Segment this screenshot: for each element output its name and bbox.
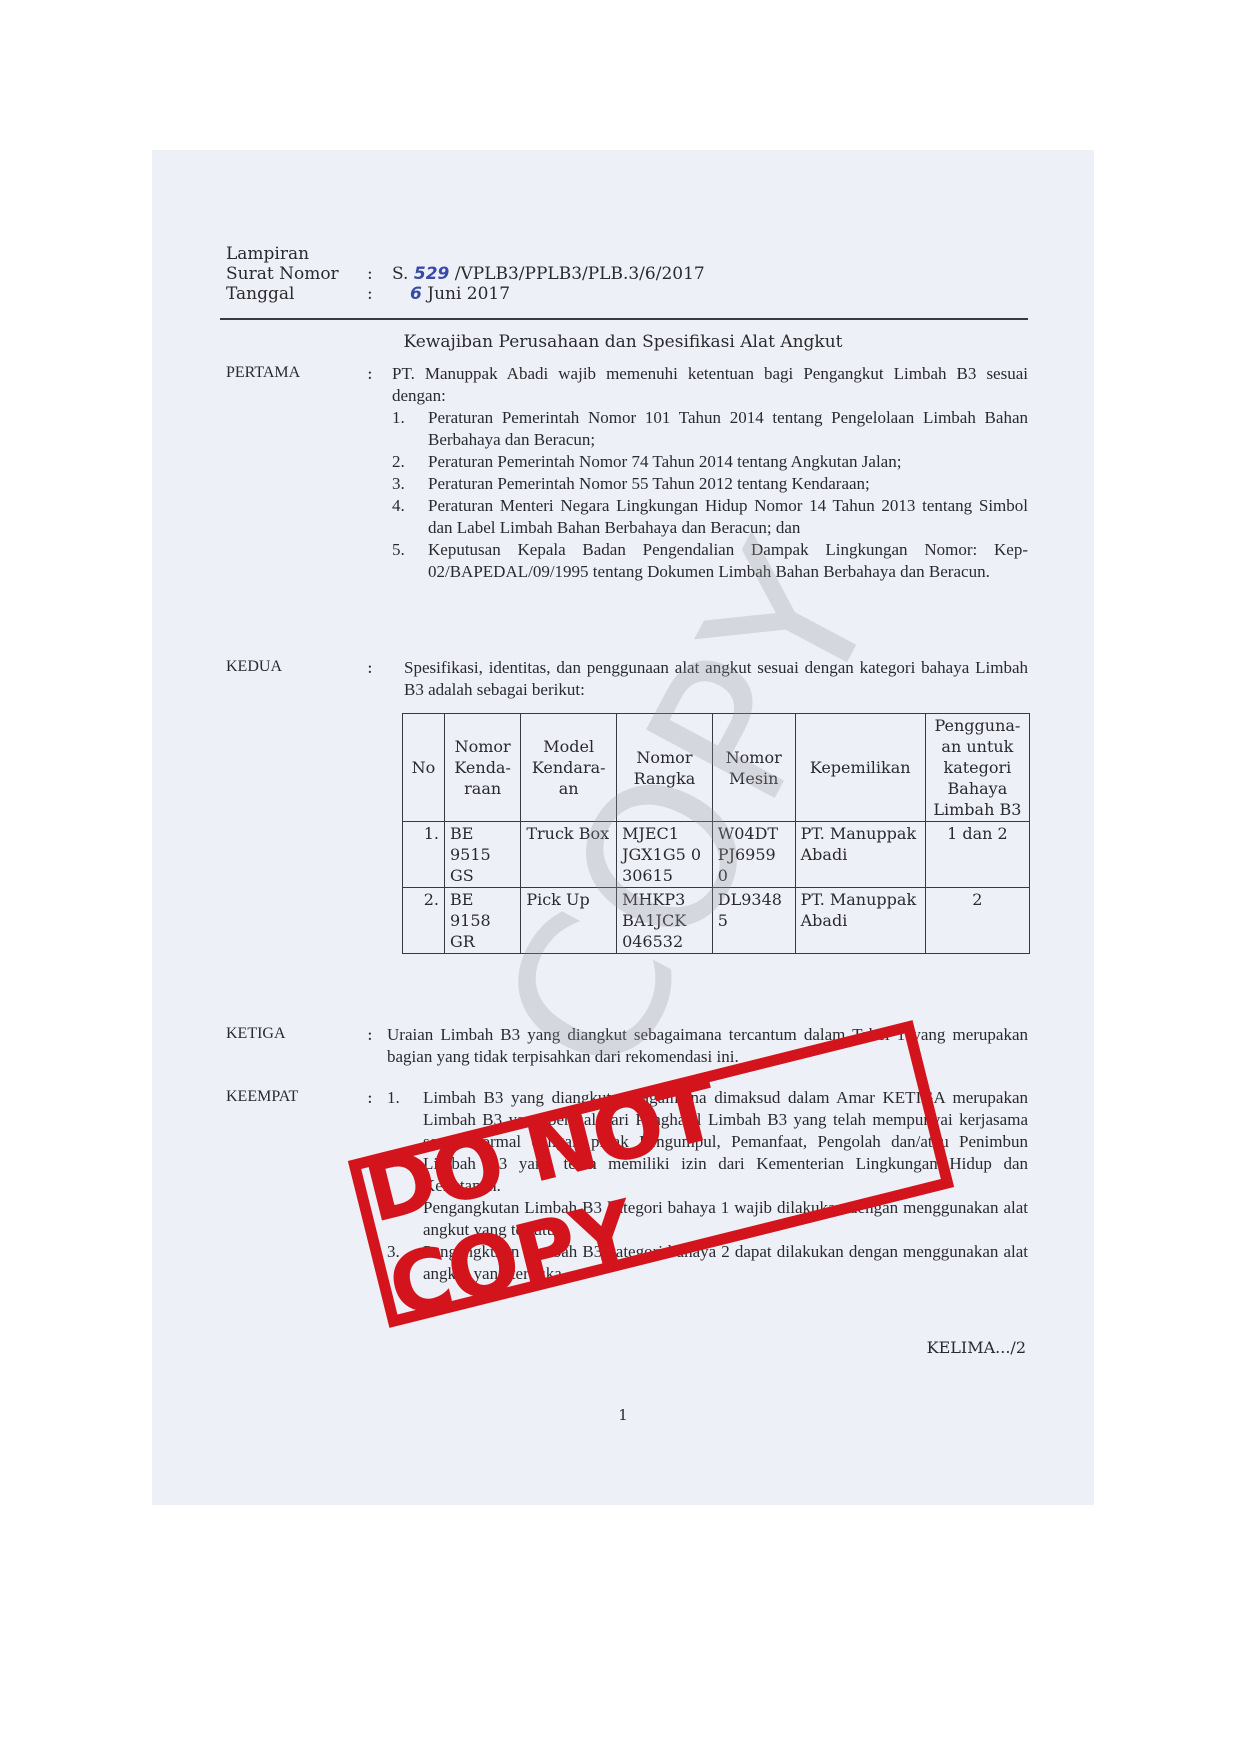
colon: : bbox=[367, 658, 373, 679]
regulation-list: 1.Peraturan Pemerintah Nomor 101 Tahun 2… bbox=[392, 407, 1028, 583]
col-penggunaan: Pengguna-an untuk kategori Bahaya Limbah… bbox=[925, 714, 1029, 822]
surat-nomor-label: Surat Nomor bbox=[226, 264, 339, 285]
tanggal-suffix: Juni 2017 bbox=[427, 284, 510, 304]
page-number: 1 bbox=[152, 1406, 1094, 1424]
colon: : bbox=[367, 284, 373, 305]
col-nomor-rangka: Nomor Rangka bbox=[617, 714, 713, 822]
surat-nomor-suffix: /VPLB3/PPLB3/PLB.3/6/2017 bbox=[455, 264, 705, 284]
colon: : bbox=[367, 1088, 373, 1109]
section-label-keempat: KEEMPAT bbox=[226, 1088, 298, 1106]
col-nomor-mesin: Nomor Mesin bbox=[712, 714, 795, 822]
colon: : bbox=[367, 264, 373, 285]
table-header-row: No Nomor Kenda-raan Model Kendara-an Nom… bbox=[403, 714, 1030, 822]
list-item: 1.Peraturan Pemerintah Nomor 101 Tahun 2… bbox=[392, 407, 1028, 451]
header-divider bbox=[220, 318, 1028, 320]
colon: : bbox=[367, 1025, 373, 1046]
section-label-pertama: PERTAMA bbox=[226, 364, 300, 382]
list-item: 2.Peraturan Pemerintah Nomor 74 Tahun 20… bbox=[392, 451, 1028, 473]
tanggal-value: 6 Juni 2017 bbox=[410, 283, 510, 305]
col-kepemilikan: Kepemilikan bbox=[795, 714, 925, 822]
col-model-kendaraan: Model Kendara-an bbox=[521, 714, 617, 822]
pertama-intro: PT. Manuppak Abadi wajib memenuhi ketent… bbox=[392, 363, 1028, 407]
col-nomor-kendaraan: Nomor Kenda-raan bbox=[444, 714, 520, 822]
surat-nomor-value: S. 529 /VPLB3/PPLB3/PLB.3/6/2017 bbox=[392, 263, 705, 285]
vehicle-spec-table: No Nomor Kenda-raan Model Kendara-an Nom… bbox=[402, 713, 1030, 954]
list-item: 4.Peraturan Menteri Negara Lingkungan Hi… bbox=[392, 495, 1028, 539]
handwritten-day: 6 bbox=[410, 284, 422, 304]
list-item: 3.Peraturan Pemerintah Nomor 55 Tahun 20… bbox=[392, 473, 1028, 495]
document-title: Kewajiban Perusahaan dan Spesifikasi Ala… bbox=[152, 332, 1094, 352]
surat-nomor-prefix: S. bbox=[392, 264, 408, 284]
list-item: 5.Keputusan Kepala Badan Pengendalian Da… bbox=[392, 539, 1028, 583]
scanned-document-page: Lampiran Surat Nomor Tanggal : : S. 529 … bbox=[152, 150, 1094, 1505]
section-label-kedua: KEDUA bbox=[226, 658, 282, 676]
lampiran-label: Lampiran bbox=[226, 244, 309, 265]
table-row: 1. BE 9515 GS Truck Box MJEC1 JGX1G5 0 3… bbox=[403, 822, 1030, 888]
pertama-body: PT. Manuppak Abadi wajib memenuhi ketent… bbox=[392, 363, 1028, 583]
continuation-marker: KELIMA.../2 bbox=[927, 1338, 1026, 1357]
colon: : bbox=[367, 364, 373, 385]
section-label-ketiga: KETIGA bbox=[226, 1025, 286, 1043]
table-row: 2. BE 9158 GR Pick Up MHKP3 BA1JCK 04653… bbox=[403, 888, 1030, 954]
col-no: No bbox=[403, 714, 445, 822]
kedua-intro: Spesifikasi, identitas, dan penggunaan a… bbox=[404, 657, 1028, 701]
handwritten-number: 529 bbox=[414, 264, 450, 284]
tanggal-label: Tanggal bbox=[226, 284, 294, 305]
